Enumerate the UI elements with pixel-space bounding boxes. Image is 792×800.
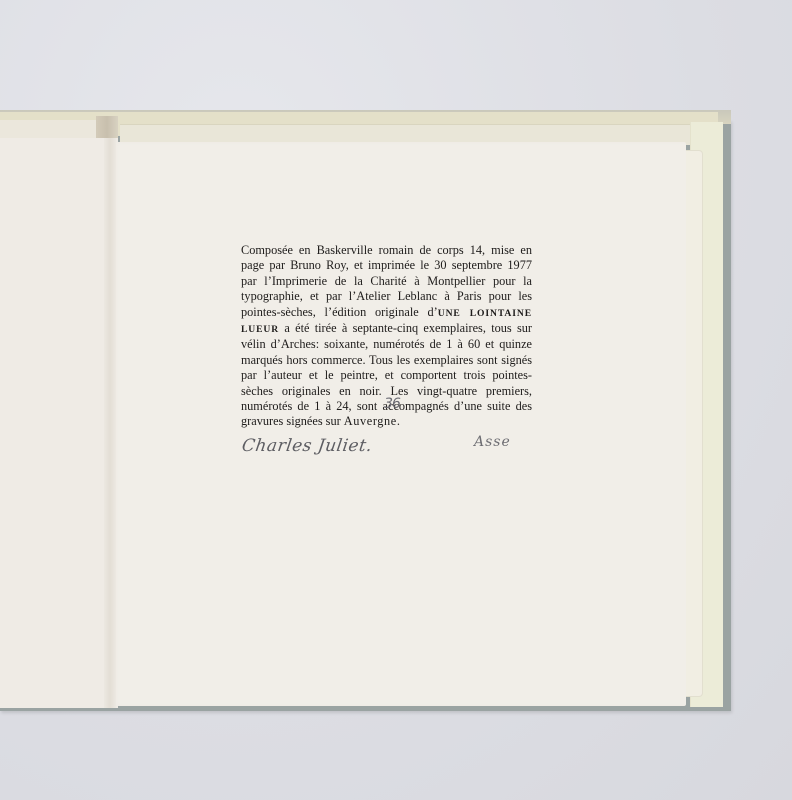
spine-fold [104,138,116,708]
painter-signature: Asse [474,434,511,450]
left-page [0,138,118,708]
copy-number: 36 [372,396,412,412]
author-signature: Charles Juliet. [241,436,374,456]
colophon-text-part-2: a été tirée à septante-cinq exemplaires,… [241,321,532,428]
left-leaf-edge [0,120,96,140]
end-punctuation: . [397,414,400,428]
spaced-word: Auvergne [344,414,397,428]
